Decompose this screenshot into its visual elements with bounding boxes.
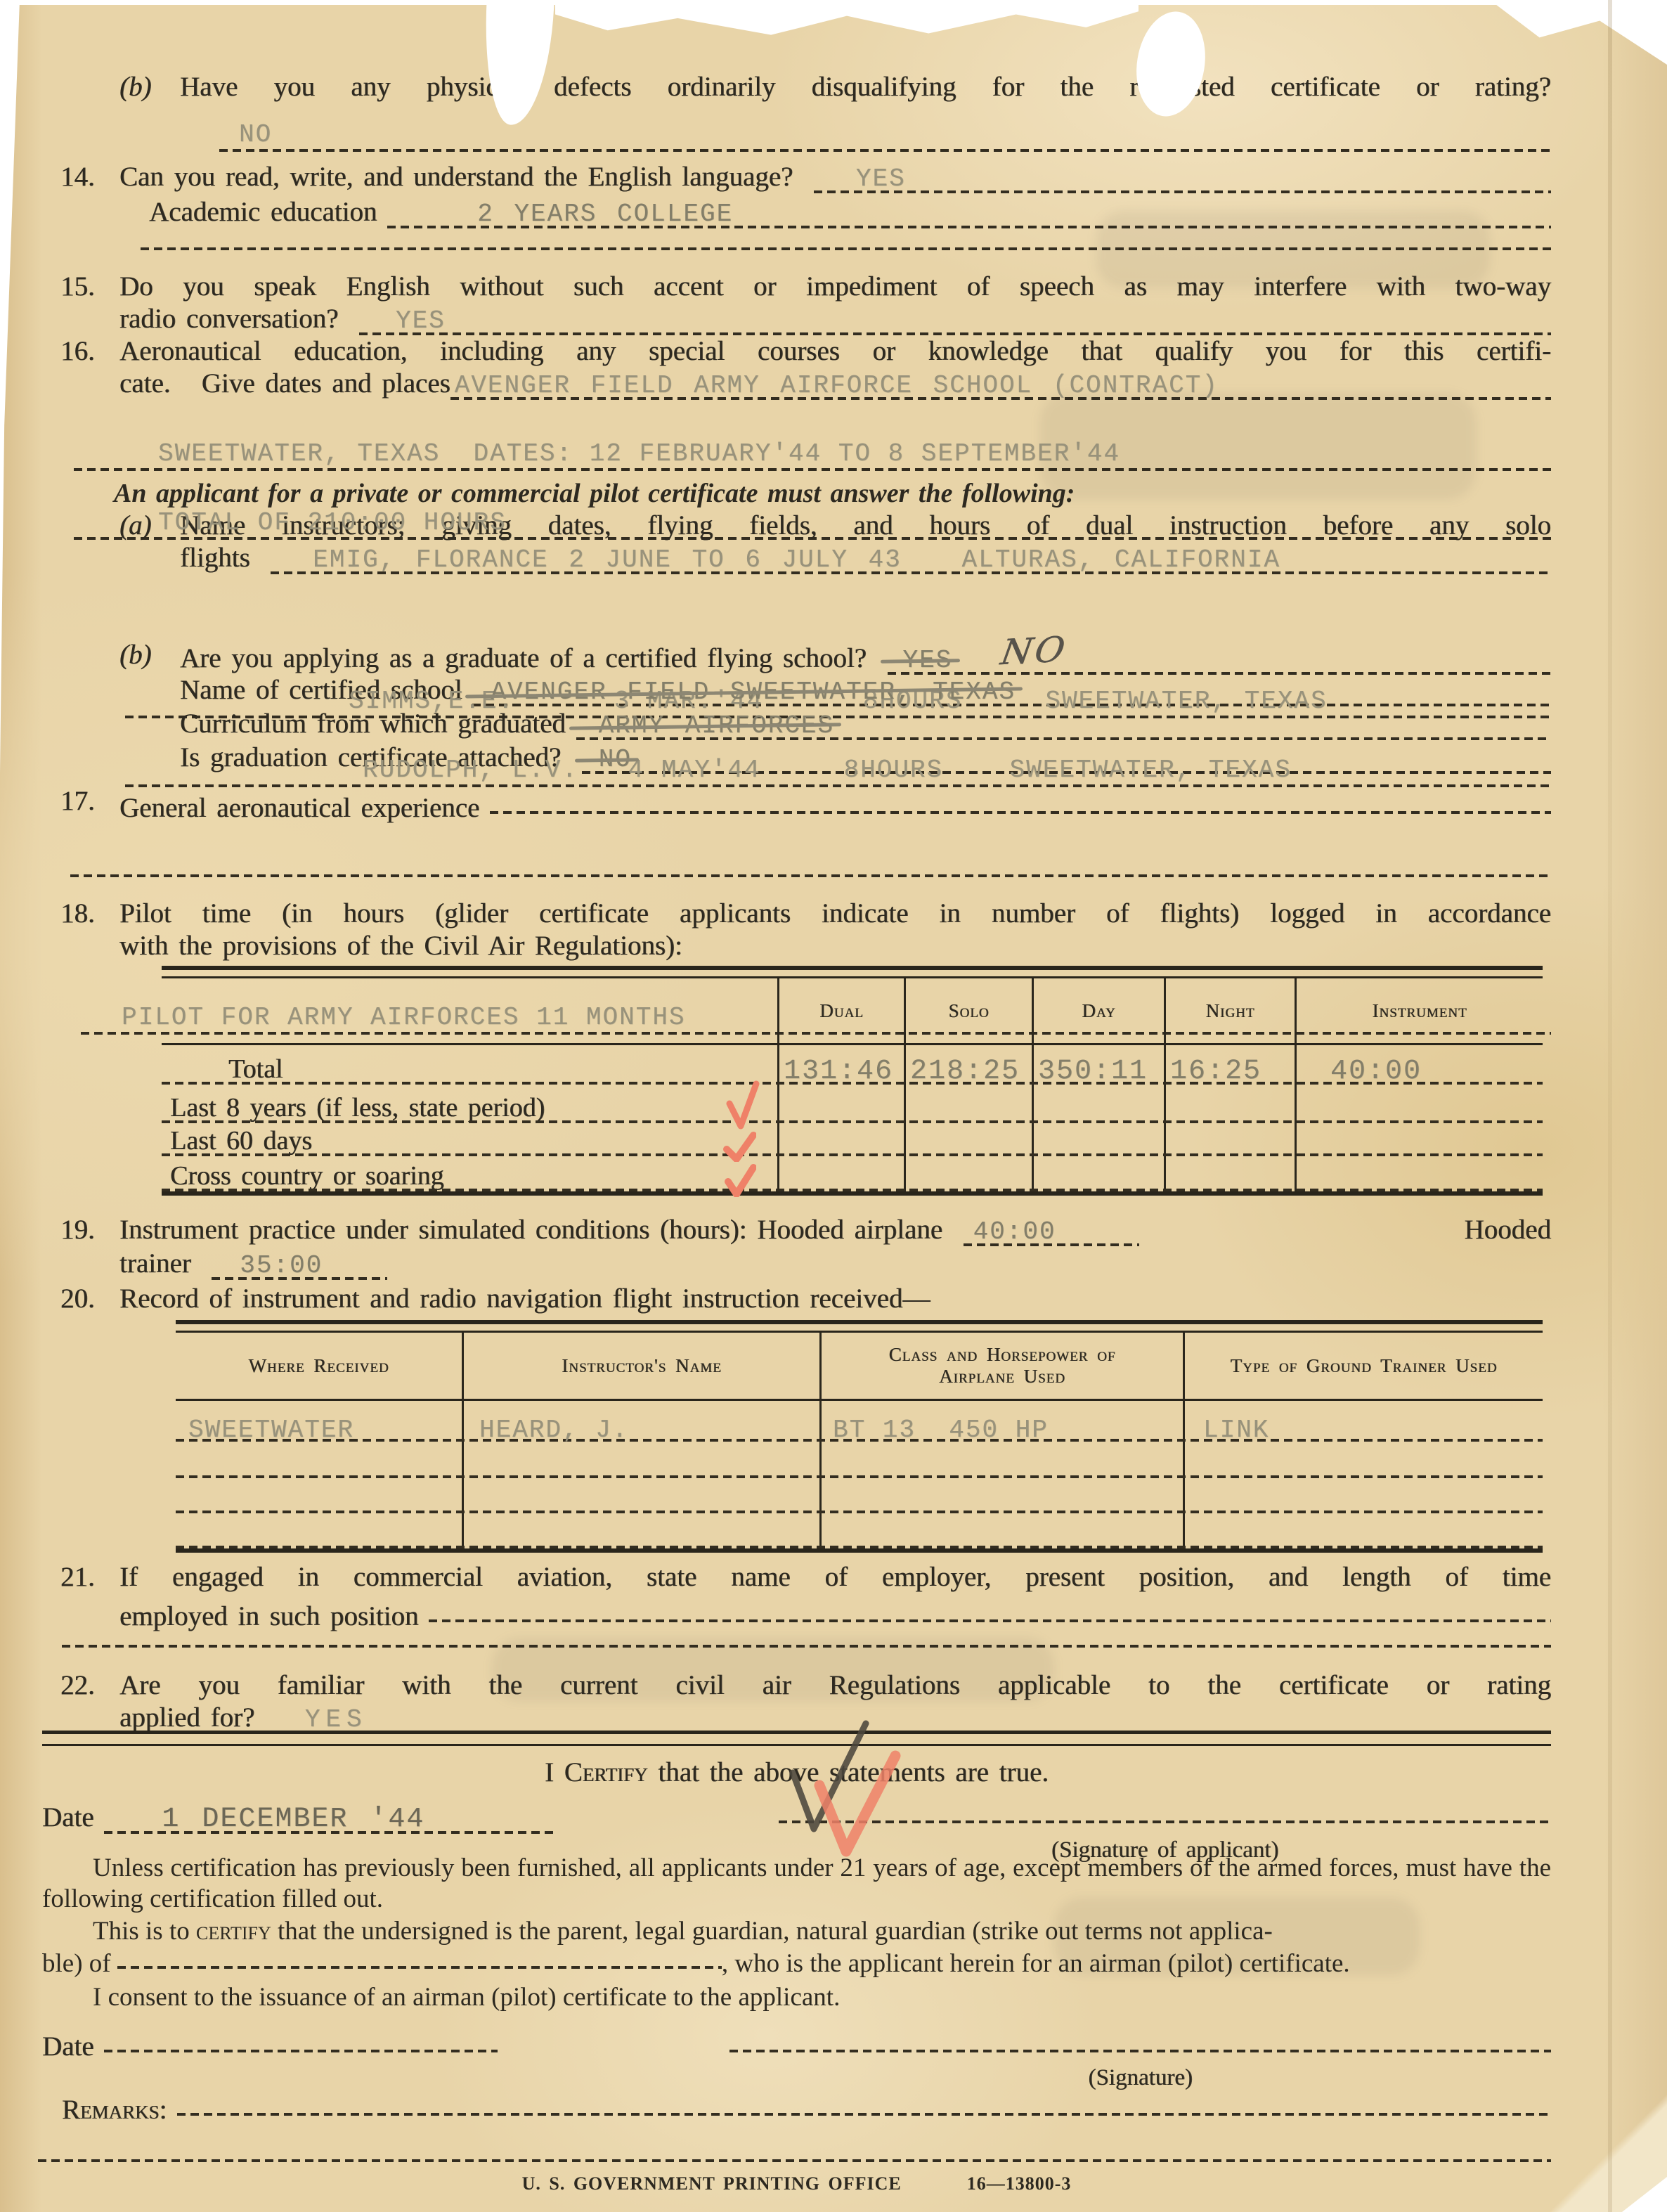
total-dual: 131:46: [779, 1056, 893, 1087]
question-17-text: General aeronautical experience: [119, 791, 490, 825]
radio-navigation-table: Where Received Instructor's Name Class a…: [176, 1320, 1543, 1553]
question-b-answer-handwritten: NO: [999, 633, 1070, 670]
certify-lead: I: [545, 1757, 564, 1787]
question-15-line2: radio conversation?: [119, 302, 359, 336]
guardian-paragraph-1: Unless certification has previously been…: [42, 1853, 1551, 1915]
column-header-dual: Dual: [819, 1000, 864, 1022]
guardian-p2-certify-word: certify: [196, 1917, 271, 1946]
page-footer: U. S. GOVERNMENT PRINTING OFFICE 16—1380…: [42, 2173, 1551, 2194]
instructor-name-value: HEARD, J.: [464, 1416, 628, 1444]
column-header-where-received: Where Received: [248, 1355, 389, 1377]
question-21-line1: If engaged in commercial aviation, state…: [42, 1560, 1551, 1594]
question-21-line2-row: employed in such position: [42, 1593, 1551, 1634]
question-16-entry2: SWEETWATER, TEXAS DATES: 12 FEBRUARY'44 …: [158, 439, 1120, 468]
row-label-cross-country: Cross country or soaring: [162, 1160, 444, 1191]
question-16-line1: Aeronautical education, including any sp…: [42, 335, 1551, 368]
total-day: 350:11: [1034, 1056, 1148, 1087]
empty-rule-line: [141, 247, 1551, 250]
question-21: 21. If engaged in commercial aviation, s…: [42, 1560, 1551, 1594]
table-row-total: Total 131:46 218:25 350:11 16:25 40:00: [162, 1045, 1543, 1085]
question-17: 17. General aeronautical experience: [42, 784, 1551, 825]
radio-table-header-row: Where Received Instructor's Name Class a…: [176, 1333, 1543, 1401]
question-13b-label: (b): [119, 70, 151, 104]
scanned-form-page: (b) Have you any physical defects ordina…: [0, 0, 1667, 2212]
certified-school-value: AVENGER FIELD SWEETWATER, TEXAS: [472, 675, 1016, 709]
guardian-p2-lead: This is to: [93, 1917, 196, 1946]
table-row-cross-country: Cross country or soaring: [162, 1156, 1543, 1191]
question-21-answer-line: [429, 1593, 1551, 1625]
applicant-signature-line: (Signature of applicant): [779, 1794, 1551, 1826]
question-15-line1: Do you speak English without such accent…: [42, 270, 1551, 304]
question-a-label: (a): [119, 509, 151, 543]
question-15-answer-line: YES: [359, 302, 1551, 338]
red-checkmark-icon: [812, 1739, 918, 1858]
question-b-answer-line: YES NO: [888, 638, 1552, 678]
question-15-number: 15.: [60, 270, 95, 304]
question-20: 20. Record of instrument and radio navig…: [42, 1282, 1551, 1316]
date-line: 1 DECEMBER '44: [104, 1801, 554, 1837]
question-22-answer: YES: [275, 1705, 368, 1734]
question-21-line2: employed in such position: [119, 1600, 429, 1634]
total-night: 16:25: [1166, 1056, 1261, 1087]
column-header-night: Night: [1206, 1000, 1255, 1022]
question-19-number: 19.: [60, 1213, 95, 1247]
question-16: 16. Aeronautical education, including an…: [42, 335, 1551, 368]
question-16-line2: cate. Give dates and places: [119, 367, 450, 401]
question-15-answer: YES: [359, 306, 446, 335]
pilot-time-table: Dual Solo Day Night Instrument Total 131…: [162, 966, 1543, 1196]
total-instrument: 40:00: [1297, 1056, 1422, 1087]
table-row-last-8-years: Last 8 years (if less, state period): [162, 1085, 1543, 1123]
empty-rule-line: [70, 874, 1551, 877]
class-horsepower-value: BT 13 450 HP: [822, 1416, 1049, 1444]
question-18-line1: Pilot time (in hours (glider certificate…: [42, 897, 1551, 931]
table-bottom-rule: [162, 1191, 1543, 1196]
question-22-line1: Are you familiar with the current civil …: [42, 1669, 1551, 1702]
instructor-entry3: RUDOLPH, L.V. 4 MAY'44 8HOURS SWEETWATER…: [363, 756, 1292, 784]
form-content: (b) Have you any physical defects ordina…: [42, 0, 1551, 2212]
total-solo: 218:25: [906, 1056, 1020, 1087]
radio-table-row-3: [176, 1478, 1543, 1513]
question-20-number: 20.: [60, 1282, 95, 1316]
table-bottom-rule: [176, 1548, 1543, 1553]
column-header-class-horsepower: Class and Horsepower of Airplane Used: [876, 1344, 1129, 1388]
table-row-last-60-days: Last 60 days: [162, 1123, 1543, 1156]
checkmark-icon: [724, 1080, 760, 1130]
guardian-date-signature-row: Date (Signature): [42, 2023, 1551, 2064]
remarks-row: Remarks:: [42, 2086, 1551, 2127]
question-14-answer: YES: [814, 164, 906, 193]
question-b-label: (b): [119, 638, 151, 672]
question-18-number: 18.: [60, 897, 95, 931]
certified-school-line: AVENGER FIELD SWEETWATER, TEXAS: [472, 673, 1551, 709]
question-14-text: Can you read, write, and understand the …: [119, 160, 814, 194]
question-18-line2: with the provisions of the Civil Air Reg…: [42, 929, 1628, 963]
question-b: (b) Are you applying as a graduate of a …: [42, 638, 1551, 678]
date-signature-row: Date 1 DECEMBER '44 (Signature of applic…: [42, 1794, 1551, 1837]
column-header-ground-trainer: Type of Ground Trainer Used: [1231, 1355, 1498, 1377]
guardian-signature-line: (Signature): [729, 2023, 1551, 2055]
table-top-rule: [176, 1320, 1543, 1333]
certify-word: Certify: [564, 1757, 648, 1787]
academic-education-value: 2 YEARS COLLEGE: [387, 200, 733, 228]
academic-education-line: 2 YEARS COLLEGE: [387, 195, 1551, 231]
date-label: Date: [42, 1801, 104, 1835]
table-top-rule: [162, 966, 1543, 978]
torn-edge-left: [0, 0, 20, 773]
row-label-last-60-days: Last 60 days: [162, 1125, 312, 1156]
instructor-entry1: EMIG, FLORANCE 2 JUNE TO 6 JULY 43 ALTUR…: [271, 545, 1280, 574]
academic-education-label: Academic education: [149, 195, 387, 229]
instructor-entry1-line: EMIG, FLORANCE 2 JUNE TO 6 JULY 43 ALTUR…: [271, 541, 1551, 577]
question-16-entry2-line: SWEETWATER, TEXAS DATES: 12 FEBRUARY'44 …: [74, 436, 1551, 472]
guardian-date-label: Date: [42, 2030, 104, 2064]
guardian-paragraph-3: I consent to the issuance of an airman (…: [42, 1982, 1551, 2013]
question-19-tail: Hooded: [1465, 1213, 1551, 1247]
question-17-number: 17.: [60, 784, 95, 818]
question-17-answer: PILOT FOR ARMY AIRFORCES 11 MONTHS: [122, 1003, 686, 1032]
question-13b-answer: NO: [239, 120, 272, 149]
guardian-name-rest: , who is the applicant herein for an air…: [722, 1948, 1350, 1979]
question-b-answer-struck: YES: [888, 644, 953, 678]
crease-right: [1608, 0, 1612, 2212]
question-22: 22. Are you familiar with the current ci…: [42, 1669, 1551, 1702]
question-22-line2: applied for?: [119, 1701, 275, 1735]
checkmark-icon: [722, 1162, 756, 1197]
hooded-airplane-value: 40:00: [964, 1217, 1056, 1246]
question-17-line: [490, 784, 1551, 817]
hooded-trainer-line: 35:00: [212, 1247, 387, 1283]
question-13b: (b) Have you any physical defects ordina…: [42, 70, 1551, 104]
question-14: 14. Can you read, write, and understand …: [42, 160, 1551, 196]
question-13b-answer-line: NO: [219, 117, 1551, 153]
academic-education-row: Academic education 2 YEARS COLLEGE: [42, 195, 1551, 231]
remarks-label: Remarks:: [42, 2093, 177, 2127]
question-19: 19. Instrument practice under simulated …: [42, 1213, 1551, 1249]
question-21-number: 21.: [60, 1560, 95, 1594]
form-number: 16—13800-3: [967, 2173, 1072, 2194]
empty-rule-line: [62, 1645, 1551, 1648]
question-19-text: Instrument practice under simulated cond…: [119, 1213, 964, 1247]
remarks-line: [177, 2086, 1551, 2119]
printing-office-text: U. S. GOVERNMENT PRINTING OFFICE: [522, 2173, 902, 2194]
guardian-paragraph-2: This is to certify that the undersigned …: [42, 1916, 1551, 1947]
question-22-number: 22.: [60, 1669, 95, 1702]
guardian-p2-rest: that the undersigned is the parent, lega…: [271, 1917, 1273, 1946]
question-15: 15. Do you speak English without such ac…: [42, 270, 1551, 304]
column-header-instructors-name: Instructor's Name: [562, 1355, 722, 1377]
where-received-value: SWEETWATER: [176, 1416, 354, 1444]
question-b-text: Are you applying as a graduate of a cert…: [180, 642, 888, 675]
hooded-trainer-value: 35:00: [212, 1251, 323, 1280]
radio-table-row-2: [176, 1442, 1543, 1478]
row-label-last-8-years: Last 8 years (if less, state period): [162, 1092, 545, 1123]
question-16-entry1-line: AVENGER FIELD ARMY AIRFORCE SCHOOL (CONT…: [450, 367, 1551, 403]
hooded-trainer-label: trainer: [119, 1247, 212, 1281]
question-14-number: 14.: [60, 160, 95, 194]
ground-trainer-value: LINK: [1185, 1416, 1269, 1444]
question-15-line2-row: radio conversation? YES: [42, 302, 1551, 338]
question-16-number: 16.: [60, 335, 95, 368]
curriculum-value: ARMY AIRFORCES: [576, 709, 834, 743]
radio-table-row-4: [176, 1513, 1543, 1548]
question-16-line2-row: cate. Give dates and places AVENGER FIEL…: [42, 367, 1551, 403]
column-header-solo: Solo: [948, 1000, 989, 1022]
question-16-entry3: TOTAL OF 210:00 HOURS: [158, 508, 507, 537]
bottom-rule-line: [38, 2159, 1551, 2162]
guardian-name-lead: ble) of: [42, 1948, 117, 1979]
fold-corner-bottom-right: [1533, 2064, 1667, 2212]
hooded-trainer-row: trainer 35:00: [42, 1247, 1551, 1283]
row-label-total: Total: [162, 1054, 283, 1085]
date-value: 1 DECEMBER '44: [104, 1804, 424, 1835]
column-header-day: Day: [1082, 1000, 1115, 1022]
flights-label: flights: [180, 541, 271, 575]
question-13b-text: Have you any physical defects ordinarily…: [42, 70, 1551, 104]
radio-table-row-1: SWEETWATER HEARD, J. BT 13 450 HP LINK: [176, 1401, 1543, 1442]
guardian-name-row: ble) of , who is the applicant herein fo…: [42, 1948, 1551, 1979]
column-header-instrument: Instrument: [1372, 1000, 1467, 1022]
applicant-note: An applicant for a private or commercial…: [42, 478, 1623, 509]
question-20-text: Record of instrument and radio navigatio…: [42, 1282, 1551, 1316]
hooded-airplane-line: 40:00: [964, 1213, 1139, 1249]
question-a-flights-row: flights EMIG, FLORANCE 2 JUNE TO 6 JULY …: [42, 541, 1551, 577]
question-14-answer-line: YES: [814, 160, 1551, 196]
question-18: 18. Pilot time (in hours (glider certifi…: [42, 897, 1551, 931]
checkmark-icon: [722, 1131, 756, 1162]
certificate-attached-value: NO: [582, 743, 632, 777]
question-16-entry1: AVENGER FIELD ARMY AIRFORCE SCHOOL (CONT…: [450, 371, 1219, 400]
